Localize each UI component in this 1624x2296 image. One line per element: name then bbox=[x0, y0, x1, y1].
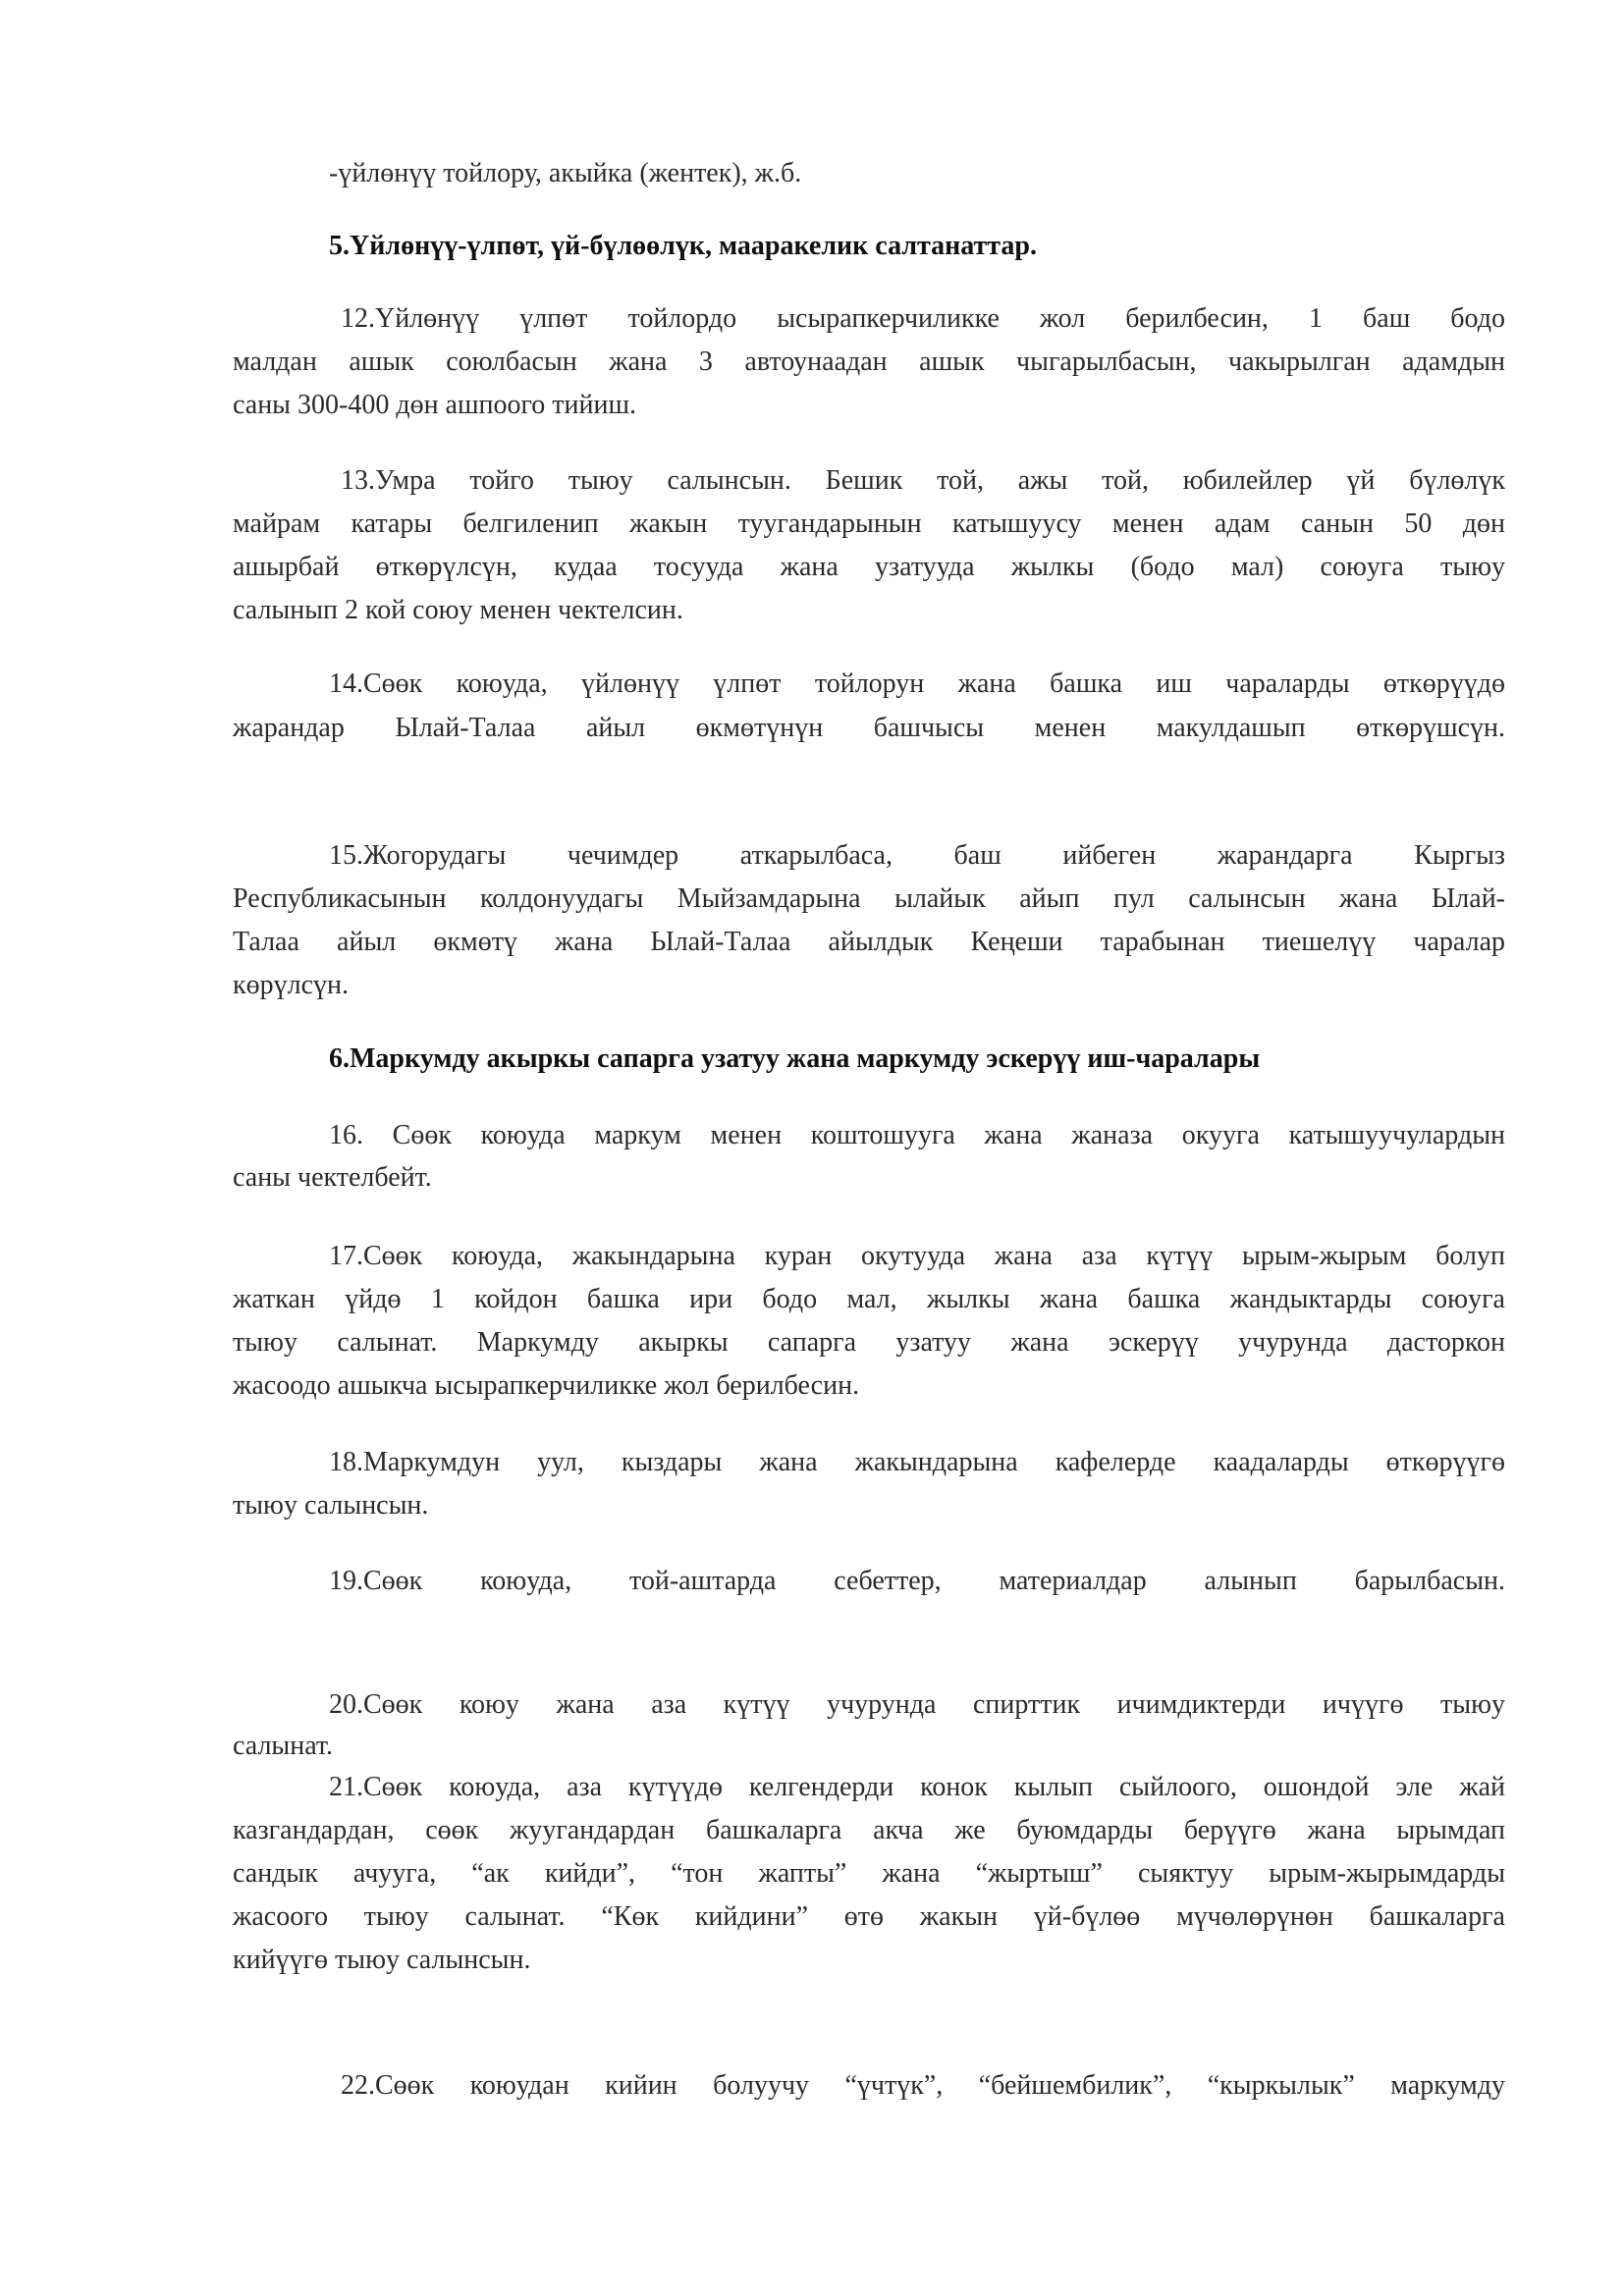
paragraph-line: 20.Сөөк коюу жана аза күтүү учурунда спи… bbox=[329, 1688, 1505, 1722]
paragraph-line: 14.Сөөк коюуда, үйлөнүү үлпөт тойлорун ж… bbox=[329, 667, 1505, 701]
paragraph-line: 19.Сөөк коюуда, той-аштарда себеттер, ма… bbox=[329, 1565, 1505, 1598]
paragraph-line: ашырбай өткөрүлсүн, кудаа тосууда жана у… bbox=[233, 551, 1505, 584]
paragraph-line: 21.Сөөк коюуда, аза күтүүдө келгендерди … bbox=[329, 1771, 1505, 1804]
paragraph-line: кийүүгө тыюу салынсын. bbox=[233, 1944, 1505, 1977]
paragraph-line: майрам катары белгиленип жакын туугандар… bbox=[233, 507, 1505, 541]
paragraph-line: саны чектелбейт. bbox=[233, 1161, 1505, 1195]
paragraph-line: салынып 2 кой союу менен чектелсин. bbox=[233, 594, 1505, 627]
paragraph-line: 22.Сөөк коюудан кийин болуучу “үчтүк”, “… bbox=[341, 2069, 1505, 2103]
paragraph-line: 16. Сөөк коюуда маркум менен коштошууга … bbox=[329, 1119, 1505, 1152]
paragraph-line: тыюу салынсын. bbox=[233, 1489, 1505, 1522]
paragraph-line: салынат. bbox=[233, 1730, 1505, 1763]
paragraph-line: тыюу салынат. Маркумду акыркы сапарга уз… bbox=[233, 1326, 1505, 1360]
document-page: -үйлөнүү тойлору, акыйка (жентек), ж.б. … bbox=[0, 0, 1624, 2296]
paragraph-line: 18.Маркумдун уул, кыздары жана жакындары… bbox=[329, 1446, 1505, 1479]
paragraph-line: казгандардан, сөөк жуугандардан башкалар… bbox=[233, 1814, 1505, 1847]
section-5-heading: 5.Үйлөнүү-үлпөт, үй-бүлөөлүк, мааракелик… bbox=[329, 230, 1037, 263]
paragraph-line: жарандар Ылай-Талаа айыл өкмөтүнүн башчы… bbox=[233, 712, 1505, 745]
paragraph-line: жасоого тыюу салынат. “Көк кийдини” өтө … bbox=[233, 1900, 1505, 1934]
paragraph-line: жаткан үйдө 1 койдон башка ири бодо мал,… bbox=[233, 1283, 1505, 1316]
paragraph-line: 13.Умра тойго тыюу салынсын. Бешик той, … bbox=[341, 464, 1505, 498]
paragraph-line: Республикасынын колдонуудагы Мыйзамдарын… bbox=[233, 882, 1505, 916]
paragraph-line: жасоодо ашыкча ысырапкерчиликке жол бери… bbox=[233, 1369, 1505, 1403]
paragraph-line: саны 300-400 дөн ашпоого тийиш. bbox=[233, 389, 1505, 422]
paragraph-line: сандык ачууга, “ак кийди”, “тон жапты” ж… bbox=[233, 1857, 1505, 1891]
paragraph-line: 17.Сөөк коюуда, жакындарына куран окутуу… bbox=[329, 1240, 1505, 1273]
section-6-heading: 6.Маркумду акыркы сапарга узатуу жана ма… bbox=[329, 1042, 1260, 1076]
paragraph-line: 15.Жогорудагы чечимдер аткарылбаса, баш … bbox=[329, 839, 1505, 873]
paragraph-line: малдан ашык союлбасын жана 3 автоунаадан… bbox=[233, 346, 1505, 379]
paragraph-line: 12.Үйлөнүү үлпөт тойлордо ысырапкерчилик… bbox=[341, 302, 1505, 336]
intro-line: -үйлөнүү тойлору, акыйка (жентек), ж.б. bbox=[329, 157, 1505, 190]
paragraph-line: көрүлсүн. bbox=[233, 969, 1505, 1002]
paragraph-line: Талаа айыл өкмөтү жана Ылай-Талаа айылды… bbox=[233, 926, 1505, 959]
